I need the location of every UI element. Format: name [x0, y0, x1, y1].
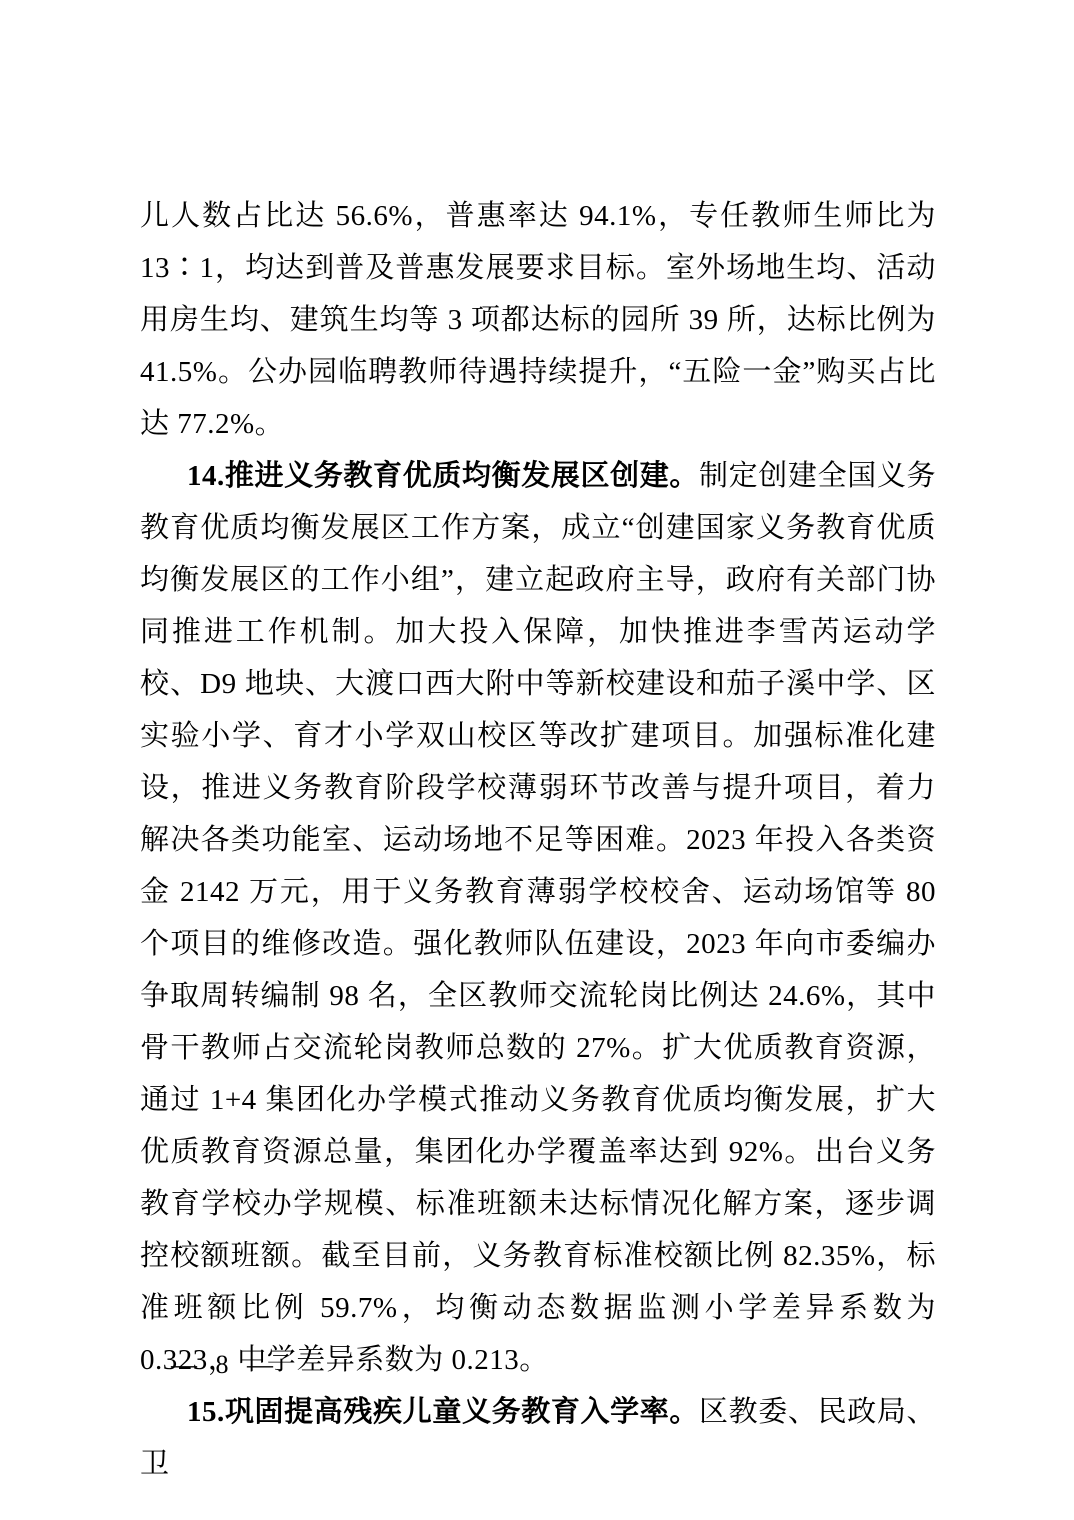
document-page: 儿人数占比达 56.6%，普惠率达 94.1%，专任教师生师比为 13∶1，均达…: [0, 0, 1074, 1520]
paragraph-item-14: 14.推进义务教育优质均衡发展区创建。制定创建全国义务教育优质均衡发展区工作方案…: [140, 450, 936, 1386]
item-14-heading: 14.推进义务教育优质均衡发展区创建。: [187, 460, 699, 492]
item-14-body-text: 制定创建全国义务教育优质均衡发展区工作方案，成立“创建国家义务教育优质均衡发展区…: [140, 460, 936, 1376]
paragraph-item-15: 15.巩固提高残疾儿童义务教育入学率。区教委、民政局、卫: [140, 1386, 936, 1490]
paragraph-continuation: 儿人数占比达 56.6%，普惠率达 94.1%，专任教师生师比为 13∶1，均达…: [140, 190, 936, 450]
paragraph-continuation-text: 儿人数占比达 56.6%，普惠率达 94.1%，专任教师生师比为 13∶1，均达…: [140, 200, 936, 440]
page-number-footer: — 8 —: [171, 1350, 273, 1380]
document-body: 儿人数占比达 56.6%，普惠率达 94.1%，专任教师生师比为 13∶1，均达…: [140, 190, 936, 1490]
item-15-heading: 15.巩固提高残疾儿童义务教育入学率。: [187, 1396, 699, 1428]
